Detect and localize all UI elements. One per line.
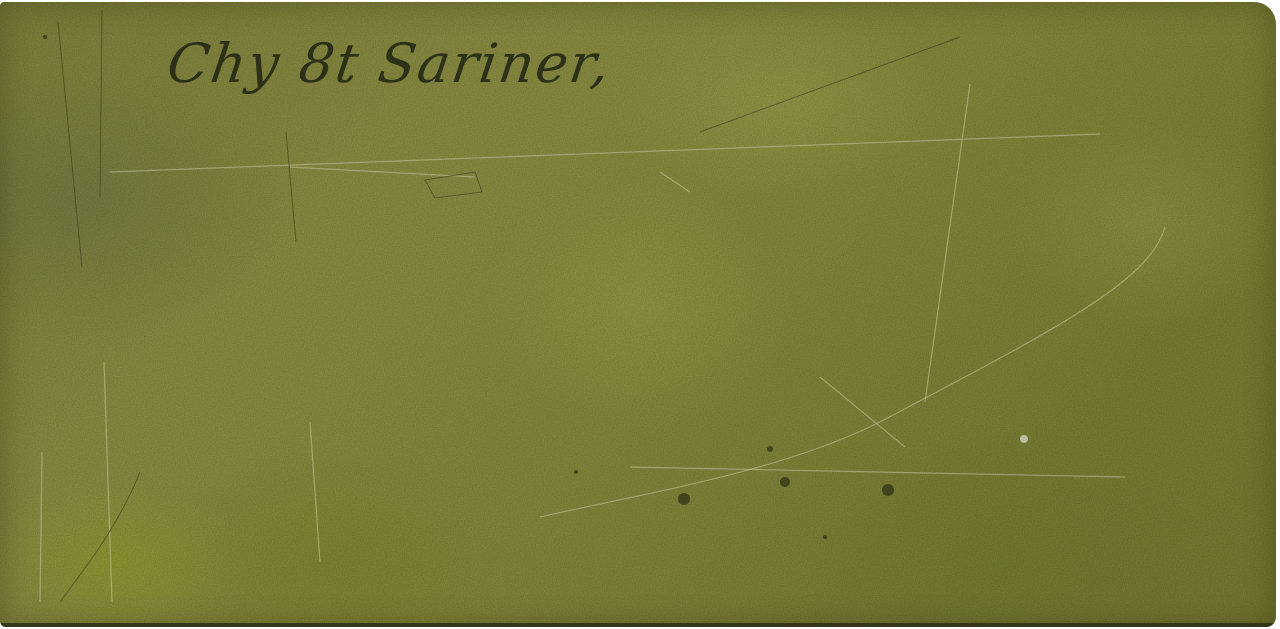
card-bottom-edge (0, 623, 1276, 627)
scratch-marks (0, 2, 1276, 627)
handwritten-note: Chy 8t Sariner, (164, 32, 616, 95)
aged-card: Chy 8t Sariner, (0, 2, 1276, 627)
